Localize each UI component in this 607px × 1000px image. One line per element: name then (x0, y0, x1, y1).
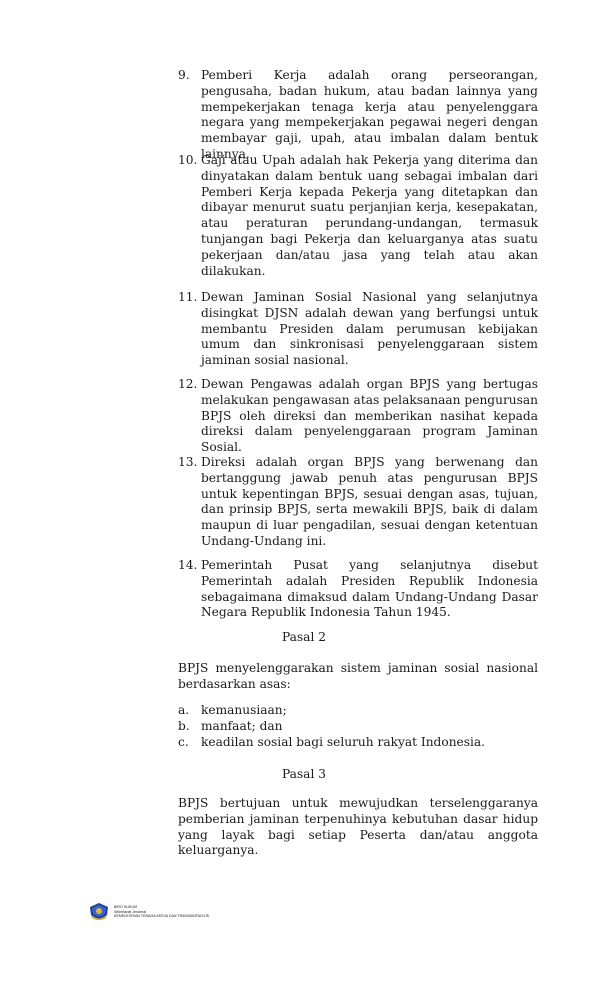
pasal-3-text: BPJS bertujuan untuk mewujudkan terselen… (178, 796, 538, 859)
definition-item-10: 10. Gaji atau Upah adalah hak Pekerja ya… (178, 153, 538, 279)
item-text: Pemberi Kerja adalah orang perseorangan,… (201, 68, 538, 163)
item-number: 13. (178, 455, 197, 471)
item-number: 12. (178, 377, 197, 393)
footer-text: BIRO HUKUM Sekretariat Jenderal KEMENTER… (114, 905, 209, 918)
pasal-3-heading: Pasal 3 (282, 767, 326, 783)
definition-item-9: 9. Pemberi Kerja adalah orang perseorang… (178, 68, 538, 163)
item-number: 14. (178, 558, 197, 574)
item-letter: c. (178, 735, 189, 751)
item-text: Pemerintah Pusat yang selanjutnya disebu… (201, 558, 538, 621)
definition-item-11: 11. Dewan Jaminan Sosial Nasional yang s… (178, 290, 538, 369)
item-number: 9. (178, 68, 190, 84)
pasal-2-intro: BPJS menyelenggarakan sistem jaminan sos… (178, 661, 538, 693)
item-number: 10. (178, 153, 197, 169)
item-number: 11. (178, 290, 197, 306)
footer-line-3: KEMENTERIAN TENAGA KERJA DAN TRANSMIGRAS… (114, 914, 209, 918)
item-text: Direksi adalah organ BPJS yang berwenang… (201, 455, 538, 550)
asas-item-c: c. keadilan sosial bagi seluruh rakyat I… (178, 735, 485, 751)
pasal-2-heading: Pasal 2 (282, 630, 326, 646)
ministry-emblem-icon (88, 902, 110, 922)
item-letter: b. (178, 719, 190, 735)
definition-item-14: 14. Pemerintah Pusat yang selanjutnya di… (178, 558, 538, 621)
document-page: 9. Pemberi Kerja adalah orang perseorang… (0, 0, 607, 1000)
item-text: Dewan Jaminan Sosial Nasional yang selan… (201, 290, 538, 369)
item-text: manfaat; dan (201, 719, 283, 733)
definition-item-12: 12. Dewan Pengawas adalah organ BPJS yan… (178, 377, 538, 456)
item-text: kemanusiaan; (201, 703, 287, 717)
item-letter: a. (178, 703, 189, 719)
asas-item-b: b. manfaat; dan (178, 719, 283, 735)
definition-item-13: 13. Direksi adalah organ BPJS yang berwe… (178, 455, 538, 550)
item-text: Dewan Pengawas adalah organ BPJS yang be… (201, 377, 538, 456)
asas-item-a: a. kemanusiaan; (178, 703, 287, 719)
item-text: Gaji atau Upah adalah hak Pekerja yang d… (201, 153, 538, 279)
item-text: keadilan sosial bagi seluruh rakyat Indo… (201, 735, 485, 749)
footer: BIRO HUKUM Sekretariat Jenderal KEMENTER… (88, 901, 209, 923)
